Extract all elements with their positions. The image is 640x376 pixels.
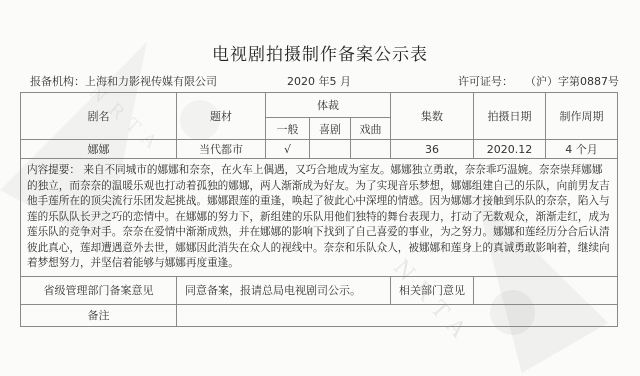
table-row: 娜娜 当代都市 √ 36 2020.12 4 个月 [21, 140, 618, 159]
remarks-text [177, 304, 618, 326]
cell-type-general: √ [266, 140, 310, 159]
header-type-opera: 戏曲 [351, 118, 391, 140]
cell-type-opera [351, 140, 391, 159]
license-label: 许可证号： [458, 75, 513, 88]
header-episodes: 集数 [391, 93, 474, 140]
cell-shoot-date: 2020.12 [474, 140, 546, 159]
license-value: （沪）字第0887号 [525, 75, 619, 88]
document-title: 电视剧拍摄制作备案公示表 [0, 40, 640, 65]
org-value: 上海和力影视传媒有限公司 [85, 75, 217, 88]
header-type-group: 体裁 [266, 93, 391, 118]
cell-episodes: 36 [391, 140, 474, 159]
cell-name: 娜娜 [21, 140, 177, 159]
filing-organization: 报备机构：上海和力影视传媒有限公司 [30, 73, 217, 89]
filing-date: 2020 年5 月 [287, 73, 351, 89]
header-type-general: 一般 [266, 118, 310, 140]
header-shoot-date: 拍摄日期 [474, 93, 546, 140]
filing-table: 剧名 题材 体裁 集数 拍摄日期 制作周期 一般 喜剧 戏曲 娜娜 当代都市 √… [20, 92, 618, 327]
cell-type-comedy [310, 140, 351, 159]
synopsis: 内容提要： 来自不同城市的娜娜和奈奈，在火车上偶遇，又巧合地成为室友。娜娜独立勇… [21, 159, 618, 277]
cell-cycle: 4 个月 [546, 140, 618, 159]
license-number: 许可证号：（沪）字第0887号 [458, 73, 619, 89]
cell-genre: 当代都市 [177, 140, 266, 159]
header-cycle: 制作周期 [546, 93, 618, 140]
approval-text: 同意备案，报请总局电视剧司公示。 [177, 276, 391, 304]
related-label: 相关部门意见 [391, 276, 474, 304]
header-genre: 题材 [177, 93, 266, 140]
header-type-comedy: 喜剧 [310, 118, 351, 140]
approval-label: 省级管理部门备案意见 [21, 276, 177, 304]
related-text [474, 276, 618, 304]
remarks-label: 备注 [21, 304, 177, 326]
org-label: 报备机构： [30, 75, 85, 88]
header-name: 剧名 [21, 93, 177, 140]
